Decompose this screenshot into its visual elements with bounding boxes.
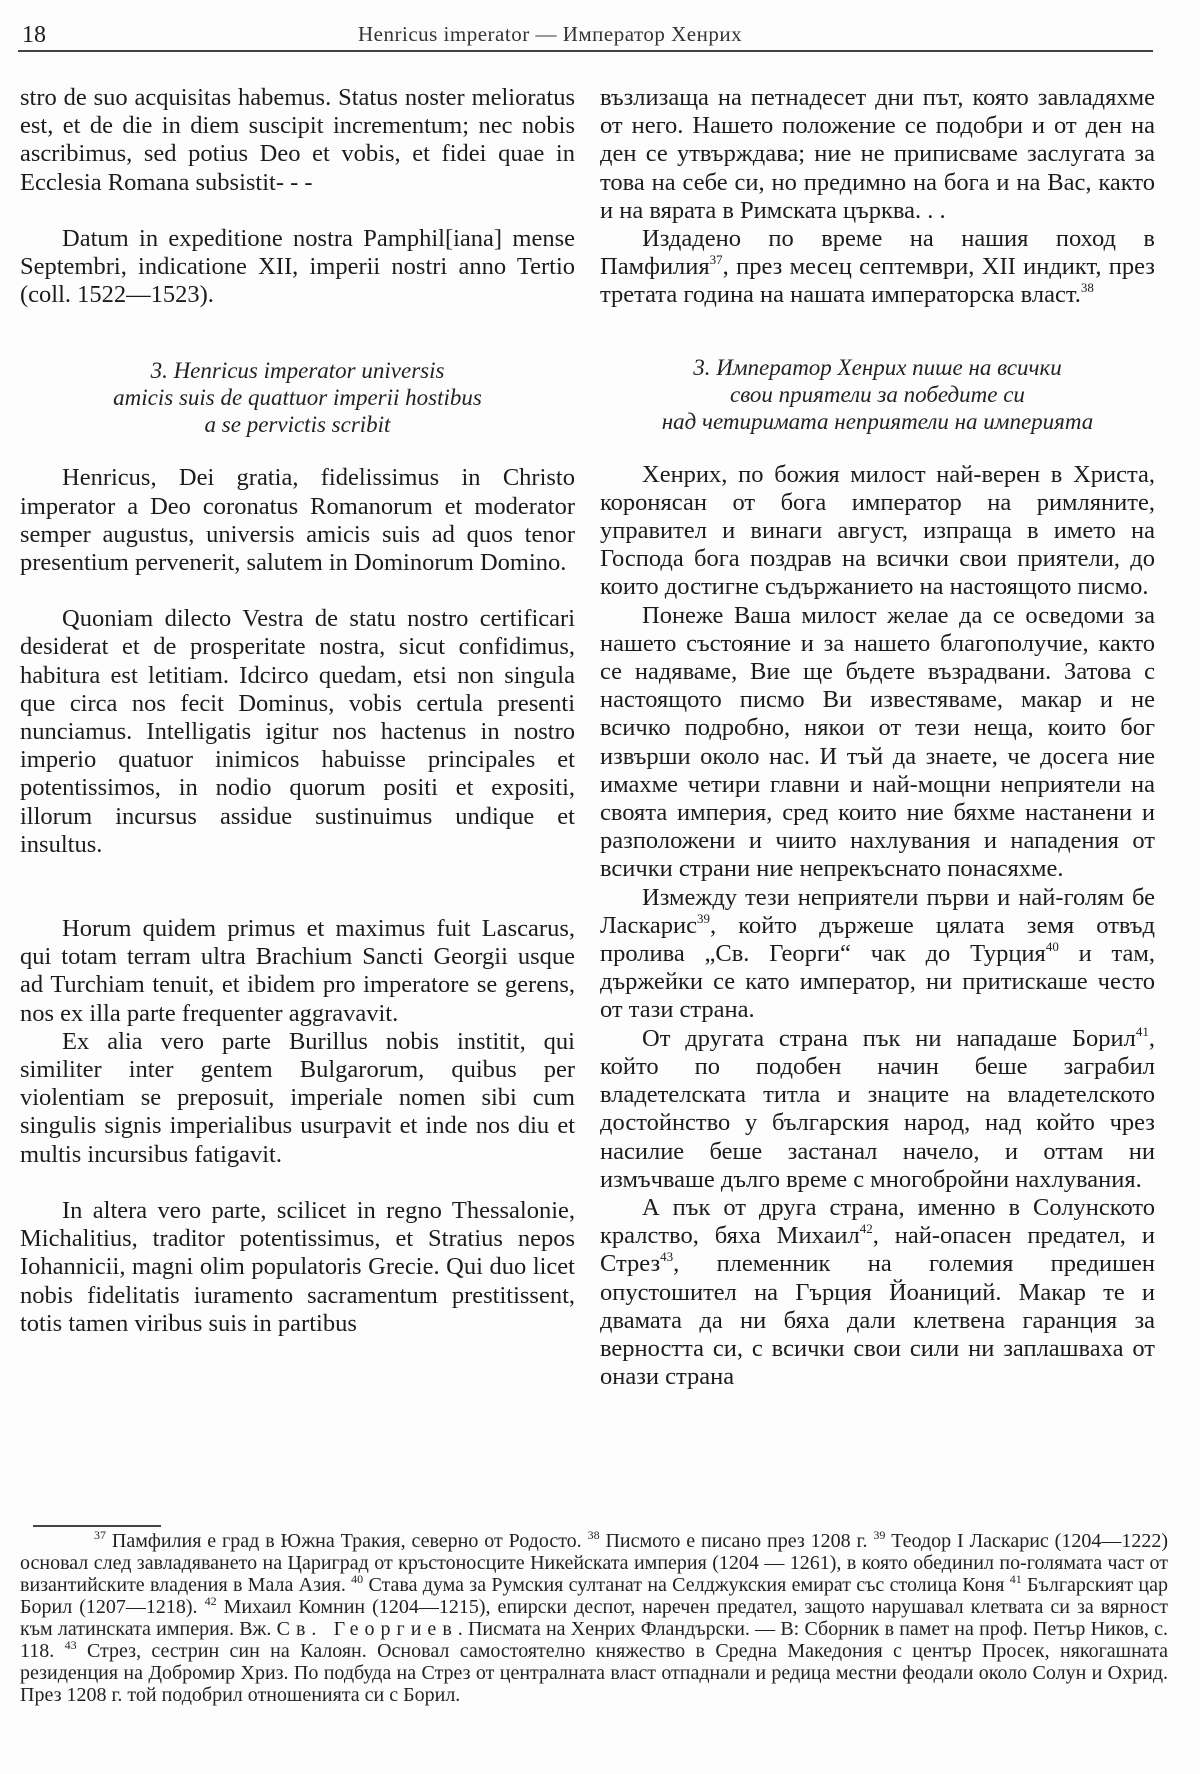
latin-henricus-paragraph: Henricus, Dei gratia, fidelissimus in Ch… [20,464,575,577]
footnote-ref-38[interactable]: 38 [1081,280,1094,295]
running-title: Henricus imperator — Император Хенрих [358,22,742,47]
heading-line: над четиримата неприятели на империята [600,408,1155,435]
footnote-number: 37 [94,1528,106,1542]
latin-datum-paragraph: Datum in expeditione nostra Pamphil[iana… [20,225,575,310]
page-number: 18 [22,22,46,49]
heading-line: 3. Император Хенрих пише на всички [600,354,1155,381]
latin-inaltera-paragraph: In altera vero parte, scilicet in regno … [20,1197,575,1338]
footnote-ref-40[interactable]: 40 [1046,939,1059,954]
heading-line: amicis suis de quattuor imperii hostibus [20,384,575,411]
heading-line: свои приятели за победите си [600,381,1155,408]
footnote-number: 38 [588,1528,600,1542]
latin-intro-paragraph: stro de suo acquisitas habemus. Status n… [20,84,575,197]
footnote-number: 40 [351,1572,363,1586]
footnote-38: Писмото е писано през 1208 г. [600,1530,874,1552]
footnote-ref-39[interactable]: 39 [697,911,710,926]
latin-section-heading: 3. Henricus imperator universis amicis s… [20,357,575,438]
text-run: От другата страна пък ни нападаше Борил [642,1025,1136,1052]
footnote-43: Стрез, сестрин син на Калоян. Основал са… [20,1640,1168,1706]
bulgarian-ponezhe-paragraph: Понеже Ваша милост желае да се осведоми … [600,602,1155,884]
footnote-42-author: Св. Георгиев [277,1618,458,1640]
footnote-ref-41[interactable]: 41 [1136,1024,1149,1039]
latin-horum-paragraph: Horum quidem primus et maximus fuit Lasc… [20,915,575,1028]
latin-column: stro de suo acquisitas habemus. Status n… [20,84,575,1338]
header-rule [18,50,1153,52]
footnote-40: Става дума за Румския султанат на Селджу… [363,1574,1010,1596]
bulgarian-column: възлизаща на петнадесет дни път, която з… [600,84,1155,1391]
heading-line: 3. Henricus imperator universis [20,357,575,384]
bulgarian-intro-paragraph: възлизаща на петнадесет дни път, която з… [600,84,1155,225]
footnotes: 37 Памфилия е град в Южна Тракия, северн… [20,1530,1168,1706]
text-run: , племенник на големия предишен опустоши… [600,1250,1155,1390]
footnote-rule [33,1525,161,1527]
bulgarian-izdadeno-paragraph: Издадено по време на нашия поход в Памфи… [600,225,1155,310]
bulgarian-section-heading: 3. Император Хенрих пише на всички свои … [600,354,1155,435]
latin-exalia-paragraph: Ex alia vero parte Burillus nobis instit… [20,1028,575,1169]
bulgarian-apak-paragraph: А пък от друга страна, именно в Солунско… [600,1194,1155,1391]
bulgarian-izmezhdu-paragraph: Измежду тези неприятели първи и най-голя… [600,884,1155,1025]
footnote-ref-43[interactable]: 43 [660,1249,673,1264]
footnote-ref-42[interactable]: 42 [860,1221,873,1236]
bulgarian-ot-paragraph: От другата страна пък ни нападаше Борил4… [600,1025,1155,1194]
footnote-number: 42 [205,1594,217,1608]
bulgarian-henrih-paragraph: Хенрих, по божия милост най-верен в Хрис… [600,461,1155,602]
footnote-number: 39 [873,1528,885,1542]
heading-line: a se pervictis scribit [20,411,575,438]
footnote-number: 41 [1010,1572,1022,1586]
footnote-ref-37[interactable]: 37 [710,252,723,267]
book-page: 18 Henricus imperator — Император Хенрих… [0,0,1200,1774]
footnote-number: 43 [65,1638,77,1652]
running-head: 18 Henricus imperator — Император Хенрих [18,18,1153,48]
footnote-37: Памфилия е град в Южна Тракия, северно о… [106,1530,588,1552]
latin-quoniam-paragraph: Quoniam dilecto Vestra de statu nostro c… [20,605,575,859]
